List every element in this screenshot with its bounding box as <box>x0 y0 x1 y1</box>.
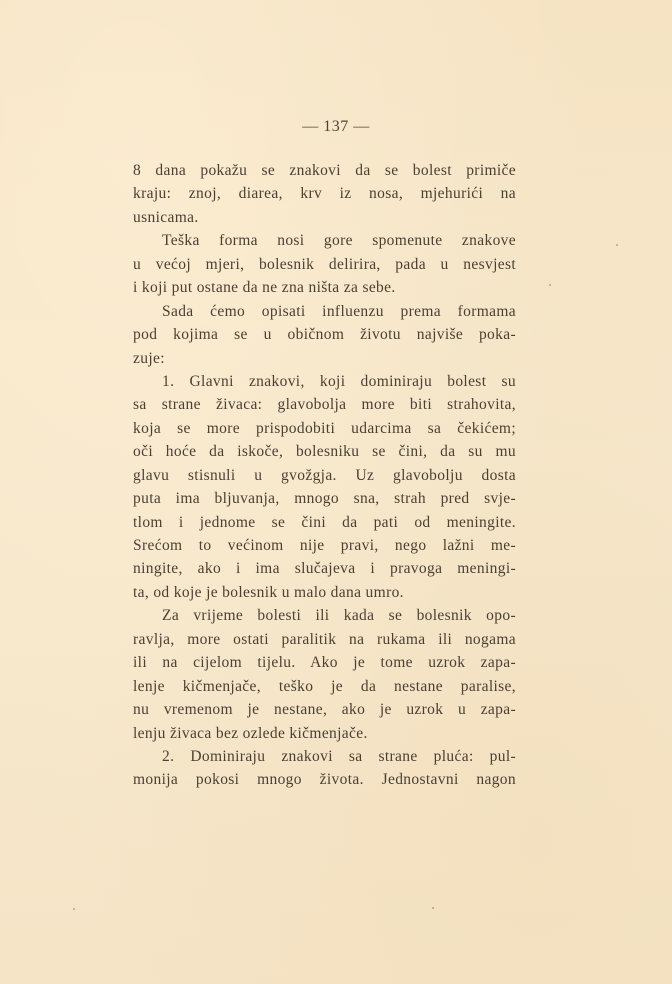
paper-speck <box>549 284 551 286</box>
paper-speck <box>616 244 618 246</box>
text-line: u većoj mjeri, bolesnik delirira, pada u… <box>133 253 516 276</box>
text-line: zuje: <box>133 347 516 370</box>
text-line: ta, od koje je bolesnik u malo dana umro… <box>133 581 516 604</box>
paper-speck <box>73 908 75 910</box>
text-line: tlom i jednome se čini da pati od mening… <box>133 511 516 534</box>
text-line: 1. Glavni znakovi, koji dominiraju boles… <box>133 370 516 393</box>
paper-speck <box>432 907 434 909</box>
text-line: ningite, ako i ima slučajeva i pravoga m… <box>133 557 516 580</box>
text-line: kraju: znoj, diarea, krv iz nosa, mjehur… <box>133 182 516 205</box>
text-line: koja se more prispodobiti udarcima sa če… <box>133 417 516 440</box>
text-line: 8 dana pokažu se znakovi da se bolest pr… <box>133 159 516 182</box>
text-line: ravlja, more ostati paralitik na rukama … <box>133 628 516 651</box>
book-page: — 137 — 8 dana pokažu se znakovi da se b… <box>0 0 672 984</box>
text-line: 2. Dominiraju znakovi sa strane pluća: p… <box>133 745 516 768</box>
text-line: oči hoće da iskoče, bolesniku se čini, d… <box>133 440 516 463</box>
text-line: ili na cijelom tijelu. Ako je tome uzrok… <box>133 651 516 674</box>
text-line: usnicama. <box>133 206 516 229</box>
text-line: glavu stisnuli u gvožgja. Uz glavobolju … <box>133 464 516 487</box>
text-line: Teška forma nosi gore spomenute znakove <box>133 229 516 252</box>
text-line: pod kojima se u običnom životu najviše p… <box>133 323 516 346</box>
text-line: i koji put ostane da ne zna ništa za seb… <box>133 276 516 299</box>
page-number: — 137 — <box>0 118 672 136</box>
text-line: lenju živaca bez ozlede kičmenjače. <box>133 722 516 745</box>
text-line: monija pokosi mnogo života. Jednostavni … <box>133 768 516 791</box>
text-line: Sada ćemo opisati influenzu prema formam… <box>133 300 516 323</box>
text-line: nu vremenom je nestane, ako je uzrok u z… <box>133 698 516 721</box>
text-line: lenje kičmenjače, teško je da nestane pa… <box>133 675 516 698</box>
text-line: Srećom to većinom nije pravi, nego lažni… <box>133 534 516 557</box>
body-text: 8 dana pokažu se znakovi da se bolest pr… <box>133 159 516 792</box>
text-line: puta ima bljuvanja, mnogo sna, strah pre… <box>133 487 516 510</box>
text-line: sa strane živaca: glavobolja more biti s… <box>133 393 516 416</box>
text-line: Za vrijeme bolesti ili kada se bolesnik … <box>133 604 516 627</box>
